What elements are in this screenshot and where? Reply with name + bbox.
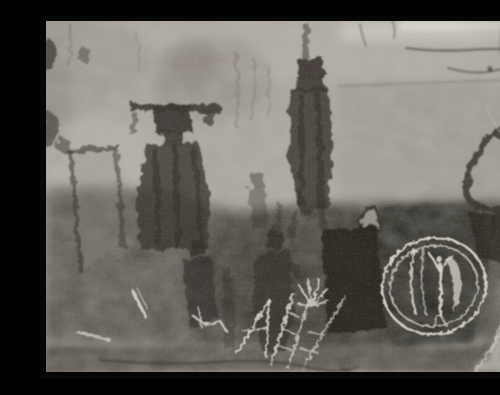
- vignette: [46, 21, 500, 372]
- rock-art-photo: [40, 16, 500, 379]
